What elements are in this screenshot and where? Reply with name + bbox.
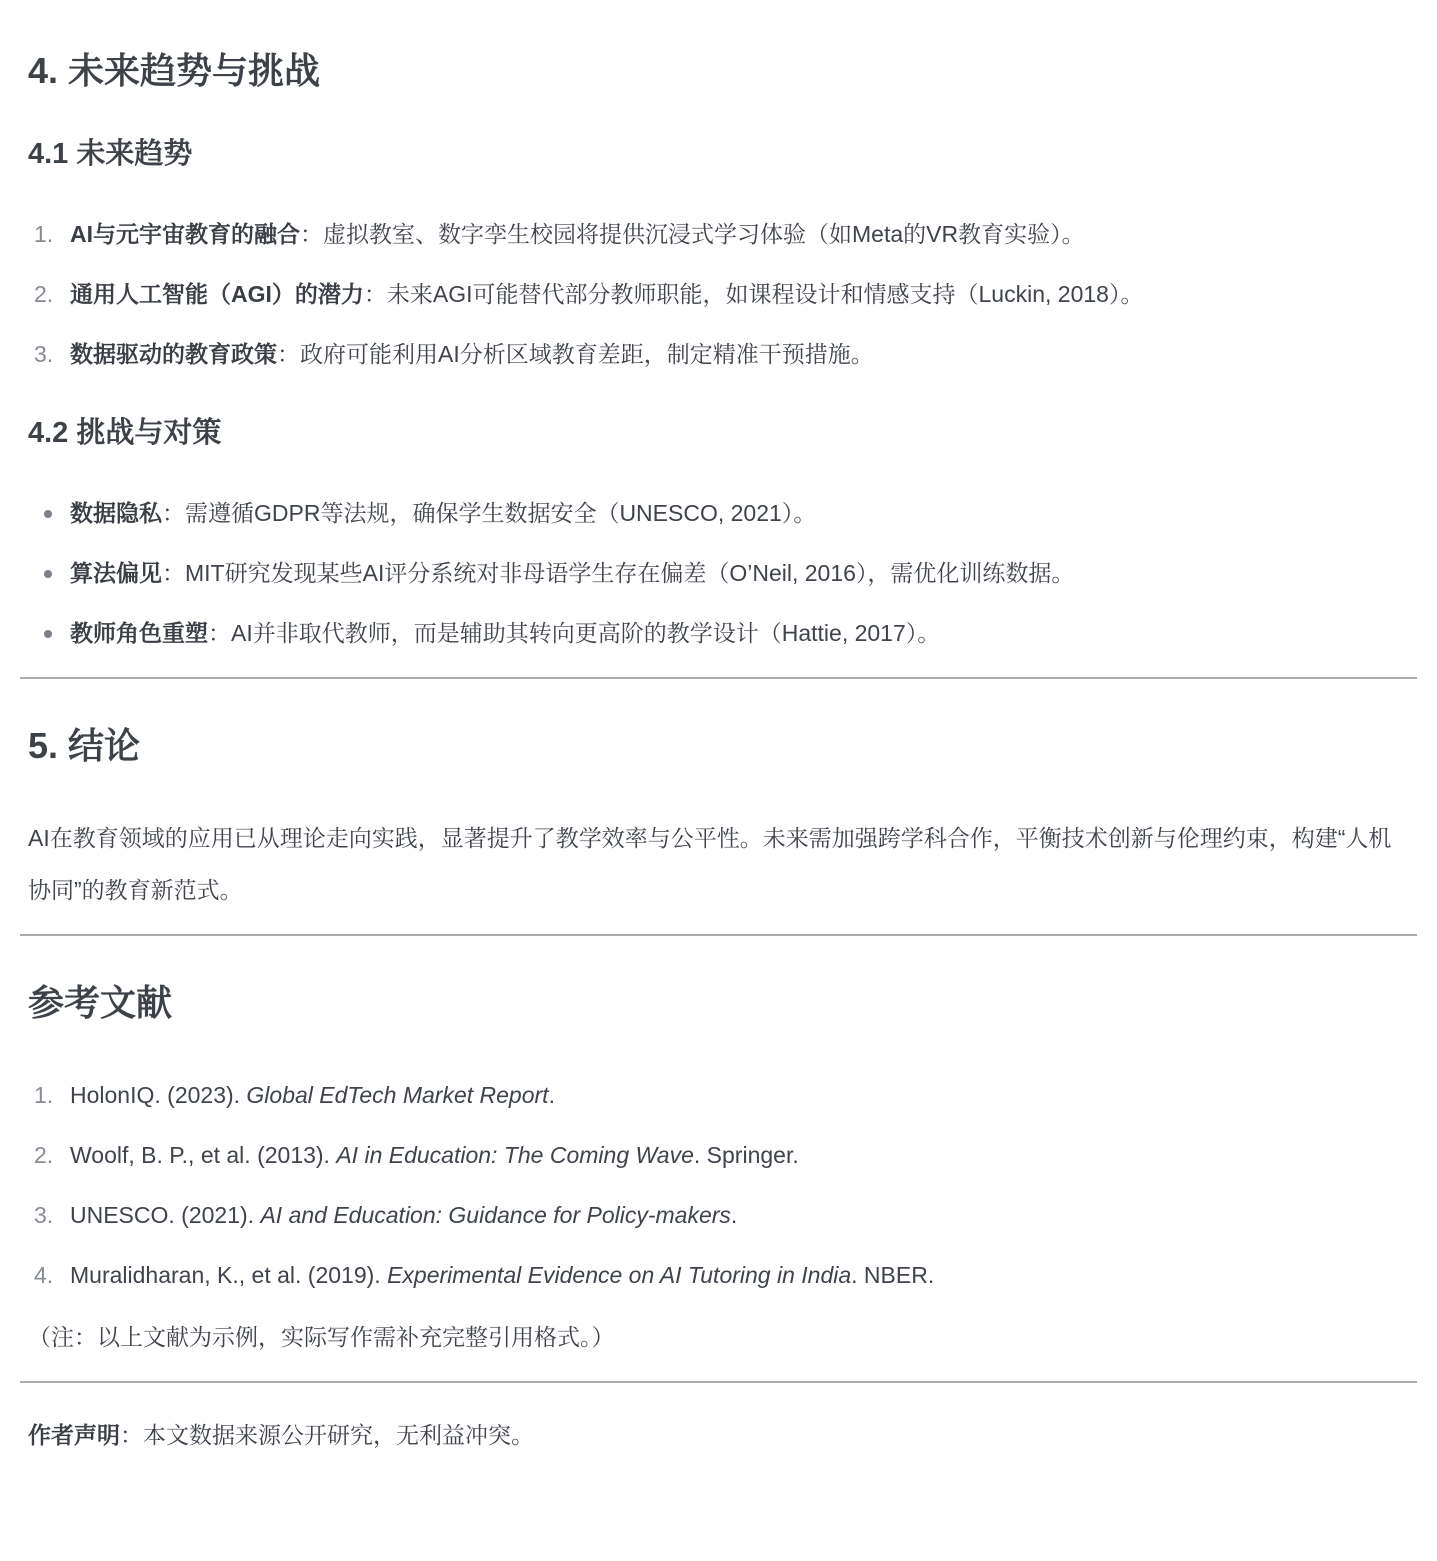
item-body: ：需遵循GDPR等法规，确保学生数据安全（UNESCO, 2021）。 bbox=[162, 500, 816, 526]
list-marker: 3. bbox=[28, 1189, 70, 1241]
list-item: 2. 通用人工智能（AGI）的潜力：未来AGI可能替代部分教师职能，如课程设计和… bbox=[28, 268, 1409, 320]
list-item-text: 通用人工智能（AGI）的潜力：未来AGI可能替代部分教师职能，如课程设计和情感支… bbox=[70, 268, 1409, 320]
list-item-text: 算法偏见：MIT研究发现某些AI评分系统对非母语学生存在偏差（O’Neil, 2… bbox=[70, 547, 1409, 599]
reference-title: Global EdTech Market Report bbox=[246, 1082, 548, 1108]
list-item: 教师角色重塑：AI并非取代教师，而是辅助其转向更高阶的教学设计（Hattie, … bbox=[28, 607, 1409, 659]
challenges-list: 数据隐私：需遵循GDPR等法规，确保学生数据安全（UNESCO, 2021）。 … bbox=[28, 487, 1409, 659]
reference-title: AI and Education: Guidance for Policy-ma… bbox=[260, 1202, 730, 1228]
item-label: 数据隐私 bbox=[70, 500, 162, 526]
list-item-text: AI与元宇宙教育的融合：虚拟教室、数字孪生校园将提供沉浸式学习体验（如Meta的… bbox=[70, 208, 1409, 260]
bullet-icon bbox=[44, 630, 52, 638]
bullet-icon bbox=[44, 510, 52, 518]
author-statement: 作者声明：本文数据来源公开研究，无利益冲突。 bbox=[28, 1409, 1409, 1461]
reference-item: 3. UNESCO. (2021). AI and Education: Gui… bbox=[28, 1189, 1409, 1241]
list-item: 数据隐私：需遵循GDPR等法规，确保学生数据安全（UNESCO, 2021）。 bbox=[28, 487, 1409, 539]
reference-title: AI in Education: The Coming Wave bbox=[336, 1142, 694, 1168]
reference-item: 4. Muralidharan, K., et al. (2019). Expe… bbox=[28, 1249, 1409, 1301]
subsection-4-2-heading: 4.2 挑战与对策 bbox=[28, 416, 1409, 451]
section-4-heading: 4. 未来趋势与挑战 bbox=[28, 50, 1409, 91]
item-body: ：AI并非取代教师，而是辅助其转向更高阶的教学设计（Hattie, 2017）。 bbox=[208, 620, 940, 646]
future-trends-list: 1. AI与元宇宙教育的融合：虚拟教室、数字孪生校园将提供沉浸式学习体验（如Me… bbox=[28, 208, 1409, 380]
reference-text: HolonIQ. (2023). Global EdTech Market Re… bbox=[70, 1069, 1409, 1121]
conclusion-paragraph: AI在教育领域的应用已从理论走向实践，显著提升了教学效率与公平性。未来需加强跨学… bbox=[28, 812, 1409, 916]
list-marker: 1. bbox=[28, 1069, 70, 1121]
list-marker: 4. bbox=[28, 1249, 70, 1301]
item-body: ：虚拟教室、数字孪生校园将提供沉浸式学习体验（如Meta的VR教育实验）。 bbox=[300, 221, 1085, 247]
reference-text: UNESCO. (2021). AI and Education: Guidan… bbox=[70, 1189, 1409, 1241]
item-label: 算法偏见 bbox=[70, 560, 162, 586]
references-list: 1. HolonIQ. (2023). Global EdTech Market… bbox=[28, 1069, 1409, 1301]
item-label: AI与元宇宙教育的融合 bbox=[70, 221, 300, 247]
list-item-text: 数据驱动的教育政策：政府可能利用AI分析区域教育差距，制定精准干预措施。 bbox=[70, 328, 1409, 380]
author-statement-text: ：本文数据来源公开研究，无利益冲突。 bbox=[120, 1422, 534, 1448]
subsection-4-1-heading: 4.1 未来趋势 bbox=[28, 137, 1409, 172]
divider bbox=[20, 677, 1417, 679]
reference-text: Muralidharan, K., et al. (2019). Experim… bbox=[70, 1249, 1409, 1301]
reference-item: 2. Woolf, B. P., et al. (2013). AI in Ed… bbox=[28, 1129, 1409, 1181]
item-body: ：MIT研究发现某些AI评分系统对非母语学生存在偏差（O’Neil, 2016）… bbox=[162, 560, 1074, 586]
list-item-text: 数据隐私：需遵循GDPR等法规，确保学生数据安全（UNESCO, 2021）。 bbox=[70, 487, 1409, 539]
divider bbox=[20, 934, 1417, 936]
document: 4. 未来趋势与挑战 4.1 未来趋势 1. AI与元宇宙教育的融合：虚拟教室、… bbox=[28, 50, 1409, 1461]
list-marker: 3. bbox=[28, 328, 70, 380]
references-heading: 参考文献 bbox=[28, 982, 1409, 1023]
item-body: ：政府可能利用AI分析区域教育差距，制定精准干预措施。 bbox=[277, 341, 874, 367]
list-item-text: 教师角色重塑：AI并非取代教师，而是辅助其转向更高阶的教学设计（Hattie, … bbox=[70, 607, 1409, 659]
list-item: 1. AI与元宇宙教育的融合：虚拟教室、数字孪生校园将提供沉浸式学习体验（如Me… bbox=[28, 208, 1409, 260]
divider bbox=[20, 1381, 1417, 1383]
reference-item: 1. HolonIQ. (2023). Global EdTech Market… bbox=[28, 1069, 1409, 1121]
item-label: 数据驱动的教育政策 bbox=[70, 341, 277, 367]
item-label: 教师角色重塑 bbox=[70, 620, 208, 646]
list-item: 3. 数据驱动的教育政策：政府可能利用AI分析区域教育差距，制定精准干预措施。 bbox=[28, 328, 1409, 380]
item-body: ：未来AGI可能替代部分教师职能，如课程设计和情感支持（Luckin, 2018… bbox=[364, 281, 1144, 307]
reference-note: （注：以上文献为示例，实际写作需补充完整引用格式。） bbox=[28, 1311, 1409, 1363]
item-label: 通用人工智能（AGI）的潜力 bbox=[70, 281, 364, 307]
reference-text: Woolf, B. P., et al. (2013). AI in Educa… bbox=[70, 1129, 1409, 1181]
bullet-icon bbox=[44, 570, 52, 578]
list-marker: 2. bbox=[28, 268, 70, 320]
list-marker: 1. bbox=[28, 208, 70, 260]
list-marker: 2. bbox=[28, 1129, 70, 1181]
list-item: 算法偏见：MIT研究发现某些AI评分系统对非母语学生存在偏差（O’Neil, 2… bbox=[28, 547, 1409, 599]
author-statement-label: 作者声明 bbox=[28, 1422, 120, 1448]
reference-title: Experimental Evidence on AI Tutoring in … bbox=[387, 1262, 851, 1288]
section-5-heading: 5. 结论 bbox=[28, 725, 1409, 766]
